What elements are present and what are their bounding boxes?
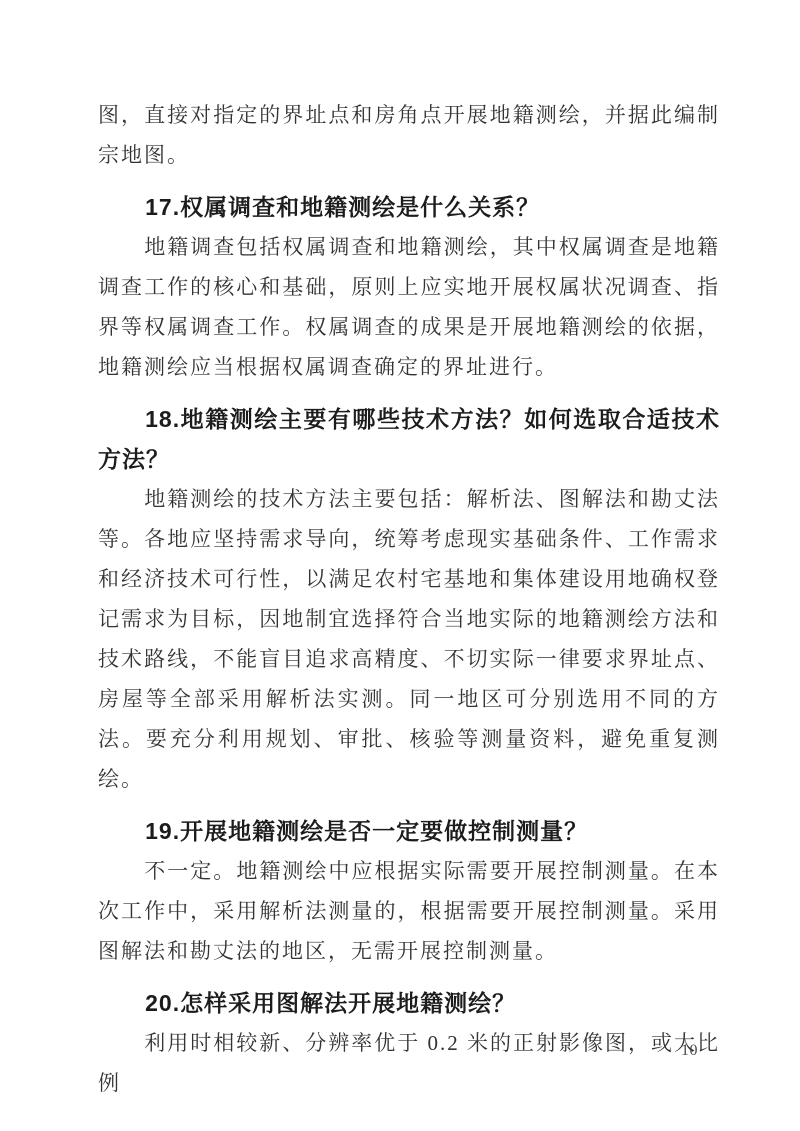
body-paragraph: 不一定。地籍测绘中应根据实际需要开展控制测量。在本次工作中，采用解析法测量的，根…: [98, 851, 720, 971]
body-paragraph: 地籍调查包括权属调查和地籍测绘，其中权属调查是地籍调查工作的核心和基础，原则上应…: [98, 227, 720, 387]
document-body: 图，直接对指定的界址点和房角点开展地籍测绘，并据此编制宗地图。17.权属调查和地…: [98, 95, 720, 1103]
document-page: 图，直接对指定的界址点和房角点开展地籍测绘，并据此编制宗地图。17.权属调查和地…: [0, 0, 800, 1131]
section-heading: 19.开展地籍测绘是否一定要做控制测量？: [98, 811, 720, 851]
section-heading: 20.怎样采用图解法开展地籍测绘？: [98, 983, 720, 1023]
body-paragraph: 利用时相较新、分辨率优于 0.2 米的正射影像图，或大比例: [98, 1023, 720, 1103]
section-heading: 17.权属调查和地籍测绘是什么关系？: [98, 187, 720, 227]
body-paragraph: 地籍测绘的技术方法主要包括：解析法、图解法和勘丈法等。各地应坚持需求导向，统筹考…: [98, 479, 720, 799]
page-number: 10: [681, 1042, 698, 1060]
body-paragraph: 图，直接对指定的界址点和房角点开展地籍测绘，并据此编制宗地图。: [98, 95, 720, 175]
section-heading: 18.地籍测绘主要有哪些技术方法？如何选取合适技术方法？: [98, 399, 720, 479]
